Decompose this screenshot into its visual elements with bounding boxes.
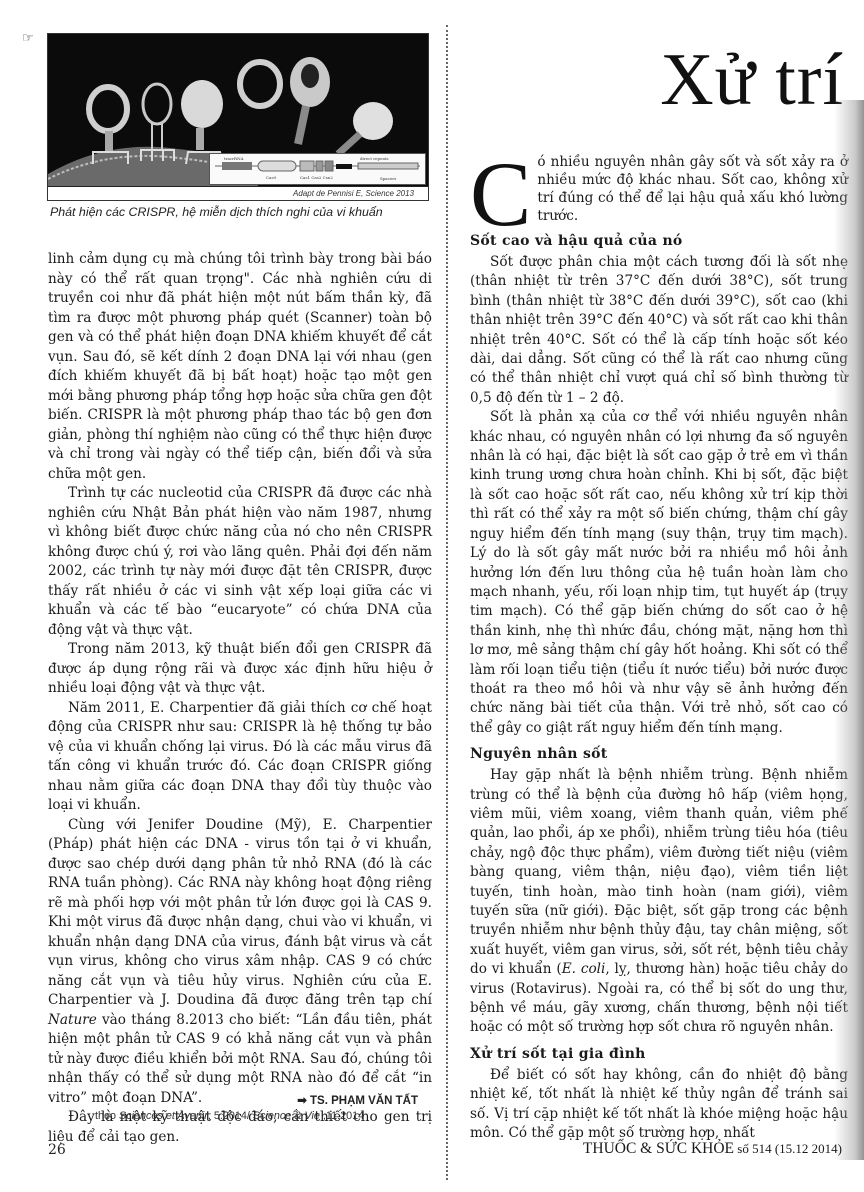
column-divider <box>446 25 448 1180</box>
figure-caption: Phát hiện các CRISPR, hệ miễn dịch thích… <box>50 205 430 219</box>
svg-text:direct repeats: direct repeats <box>360 156 389 161</box>
pointing-hand-icon: ☞ <box>22 33 44 45</box>
species-name: E. coli <box>562 961 606 977</box>
right-article-body: Có nhiều nguyên nhân gây sốt và sốt xảy … <box>470 143 848 1143</box>
paragraph: linh cảm dụng cụ mà chúng tôi trình bày … <box>48 250 432 484</box>
author-byline: ➡ TS. PHẠM VĂN TẤT <box>48 1093 418 1107</box>
page-number: 26 <box>48 1142 66 1158</box>
svg-text:tracrRNA: tracrRNA <box>224 156 244 161</box>
svg-text:Cas1 Cas2 Csn2: Cas1 Cas2 Csn2 <box>300 175 333 180</box>
source-prefix: theo <box>95 1110 119 1122</box>
journal-name: Nature <box>48 1012 97 1028</box>
paragraph-text: vào tháng 8.2013 cho biết: “Lần đầu tiên… <box>48 1012 432 1106</box>
figure-credit: Adapt de Pennisi E, Science 2013 <box>48 186 428 200</box>
svg-text:Cas9: Cas9 <box>266 175 276 180</box>
source-date: ,11.2014 <box>320 1110 364 1122</box>
paragraph: Để biết có sốt hay không, cần đo nhiệt đ… <box>470 1066 848 1144</box>
paragraph: Cùng với Jenifer Doudine (Mỹ), E. Charpe… <box>48 816 432 1109</box>
source-publication: Sciences et Avenir <box>119 1110 208 1122</box>
paragraph-text: Cùng với Jenifer Doudine (Mỹ), E. Charpe… <box>48 817 432 1009</box>
author-name: ➡ TS. PHẠM VĂN TẤT <box>297 1095 418 1107</box>
paragraph: Sốt là phản xạ của cơ thể với nhiều nguy… <box>470 408 848 738</box>
svg-text:Spacers: Spacers <box>380 176 396 181</box>
paragraph: Trong năm 2013, kỹ thuật biến đổi gen CR… <box>48 640 432 699</box>
magazine-footer: THUỐC & SỨC KHỎE số 514 (15.12 2014) <box>583 1140 842 1158</box>
paragraph-text: Hay gặp nhất là bệnh nhiễm trùng. Bệnh n… <box>470 767 848 977</box>
source-publication: Science & Vie <box>253 1110 320 1122</box>
issue-info: số 514 (15.12 2014) <box>734 1141 842 1156</box>
left-article-body: linh cảm dụng cụ mà chúng tôi trình bày … <box>48 250 432 1147</box>
section-heading: Sốt cao và hậu quả của nó <box>470 231 848 251</box>
paragraph: Trình tự các nucleotid của CRISPR đã đượ… <box>48 484 432 640</box>
drop-cap: C <box>470 159 531 225</box>
source-date: , 5.2014/ <box>208 1110 253 1122</box>
crispr-locus-diagram: direct repeats Spacers Cas9 Cas1 Cas2 Cs… <box>209 153 426 185</box>
article-intro: Có nhiều nguyên nhân gây sốt và sốt xảy … <box>470 153 848 225</box>
magazine-name: THUỐC & SỨC KHỎE <box>583 1140 734 1157</box>
paragraph: Hay gặp nhất là bệnh nhiễm trùng. Bệnh n… <box>470 766 848 1038</box>
source-citation: theo Sciences et Avenir, 5.2014/ Science… <box>95 1110 435 1122</box>
crispr-figure: direct repeats Spacers Cas9 Cas1 Cas2 Cs… <box>47 33 429 201</box>
paragraph: Năm 2011, E. Charpentier đã giải thích c… <box>48 699 432 816</box>
magazine-page: ☞ <box>0 0 864 1192</box>
section-heading: Xử trí sốt tại gia đình <box>470 1044 848 1064</box>
section-heading: Nguyên nhân sốt <box>470 744 848 764</box>
intro-text: ó nhiều nguyên nhân gây sốt và sốt xảy r… <box>537 154 848 224</box>
article-title: Xử trí <box>660 40 844 120</box>
paragraph: Sốt được phân chia một cách tương đối là… <box>470 253 848 408</box>
